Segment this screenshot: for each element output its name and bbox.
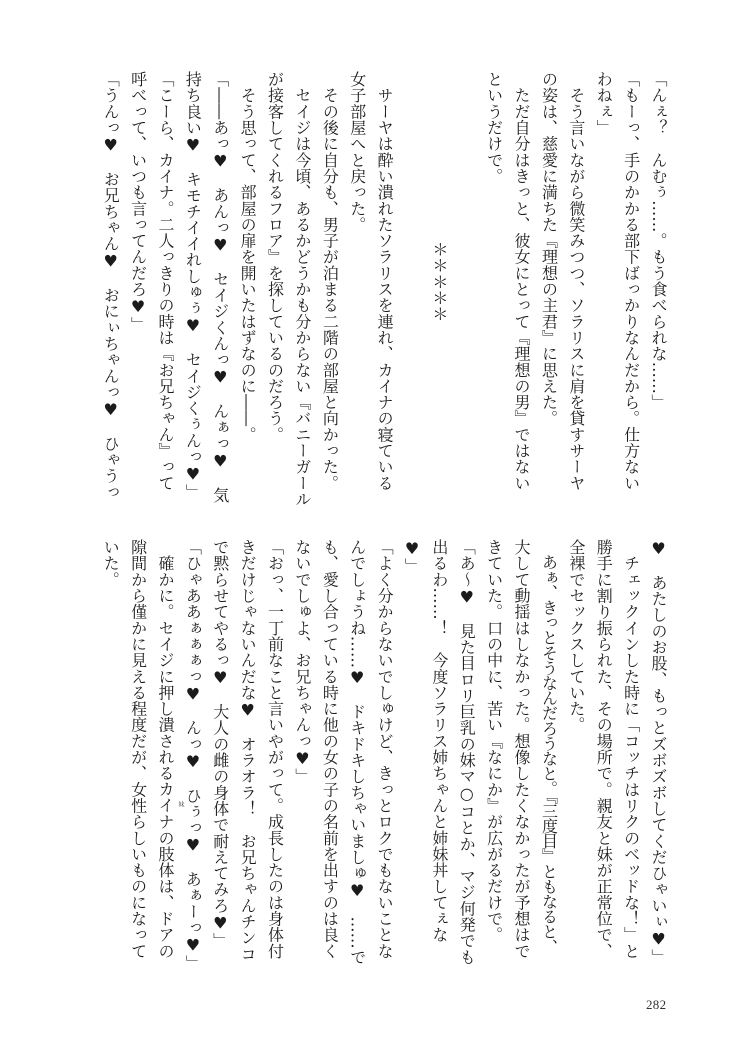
ruby-text: 妹 [177,801,183,807]
text-column: そう言いながら微笑みつつ、ソラリスに肩を貸すサーヤ [562,71,589,491]
text-column-with-ruby: 確かに。セイジに押し潰されるカイナ妹の肢体は、ドアの [152,539,179,959]
text-column: 「んぇ？ んむぅ……。もう食べられな……」 [645,71,672,491]
text-column: 出るわ……！ 今度ソラリス姉ちゃんと姉妹丼してぇな [425,539,452,959]
text-column: ♥」 [398,539,425,959]
text-column: いた。 [97,539,124,959]
text-column: ただ自分はきっと、彼女にとって『理想の男』ではない [508,71,535,491]
text-column: 「――あっ♥ あんっ♥ セイジくんっ♥ んぁっ♥ 気 [206,71,233,491]
blank-column [398,71,425,491]
text-segment: の肢体は、ドアの [156,830,175,959]
ruby-annotation: カイナ妹 [156,781,175,829]
text-column: 勝手に割り振られた、その場所で。親友と妹が正常位で、 [590,539,617,959]
text-column: そう思って、部屋の扉を開いたはずなのに――。 [234,71,261,491]
page-number: 282 [646,997,666,1013]
text-column: で黙らせてやるっ♥ 大人の雌の身体で耐えてみろ♥」 [206,539,233,959]
text-column: が接客してくれるフロア』を探しているのだろう。 [261,71,288,491]
text-column: 「こーら、カイナ。二人っきりの時は『お兄ちゃん』って [152,71,179,491]
text-column: も、愛し合っている時に他の女の子の名前を出すのは良く [316,539,343,959]
book-page: 「んぇ？ んむぅ……。もう食べられな……」 「もーっ、手のかかる部下ばっかりなん… [0,0,736,1047]
text-column: あぁ、きっとそうなんだろうなと。『三度目』ともなると、 [535,539,562,959]
text-column: 「ひゃああぁぁぁっ♥ んっ♥ ひぅっ♥ あぁーっ♥」 [179,539,206,959]
ruby-base: カイナ [156,781,175,829]
text-column: チェックインした時に「コッチはリクのベッドな！」と [617,539,644,959]
text-column: 「うんっ♥ お兄ちゃん♥ おにぃちゃんっ♥ ひゃうっ [97,71,124,491]
text-column: きだけじゃないんだな♥ オラオラ！ お兄ちゃんチンコ [234,539,261,959]
text-block-bottom: ♥ あたしのお股、もっとズボズボしてくだひゃいぃ♥」 チェックインした時に「コッ… [96,539,672,959]
text-column: 持ち良い♥ キモチイイれしゅぅ♥ セイジくぅんっ♥」 [179,71,206,491]
text-column: 「もーっ、手のかかる部下ばっかりなんだから。仕方ない [617,71,644,491]
text-column: 呼べって、いつも言ってんだろ♥」 [124,71,151,491]
text-segment: 確かに。セイジに押し潰される [156,539,175,781]
text-column: というだけで。 [480,71,507,491]
text-column: その後に自分も、男子が泊まる二階の部屋と向かった。 [316,71,343,491]
text-column: 女子部屋へと戻った。 [343,71,370,491]
text-column: きていた。口の中に、苦い『なにか』が広がるだけで。 [480,539,507,959]
text-column: 全裸でセックスしていた。 [562,539,589,959]
text-column: サーヤは酔い潰れたソラリスを連れ、カイナの寝ている [371,71,398,491]
text-column: ♥ あたしのお股、もっとズボズボしてくだひゃいぃ♥」 [645,539,672,959]
text-column: の姿は、慈愛に満ちた『理想の主君』に思えた。 [535,71,562,491]
text-column: セイジは今頃、あるかどうかも分からない『バニーガール [289,71,316,491]
blank-column [453,71,480,491]
text-column: 「おっ、一丁前なこと言いやがって。成長したのは身体付 [261,539,288,959]
text-column: 「あ～♥ 見た目ロリ巨乳の妹マ○コとか、マジ何発でも [453,539,480,959]
text-column: ないでしゅよ、お兄ちゃんっ♥」 [289,539,316,959]
text-column: んでしょうね……♥ ドキドキしちゃいましゅ♥ ……で [343,539,370,959]
text-column: 「よく分からないでしゅけど、きっとロクでもないことな [371,539,398,959]
text-block-top: 「んぇ？ んむぅ……。もう食べられな……」 「もーっ、手のかかる部下ばっかりなん… [96,71,672,491]
text-column: 隙間から僅かに見える程度だが、女性らしいものになって [124,539,151,959]
text-column: わねぇ」 [590,71,617,491]
text-column: 大して動揺はしなかった。想像したくなかったが予想はで [508,539,535,959]
scene-break: ＊＊＊＊＊ [425,71,452,491]
